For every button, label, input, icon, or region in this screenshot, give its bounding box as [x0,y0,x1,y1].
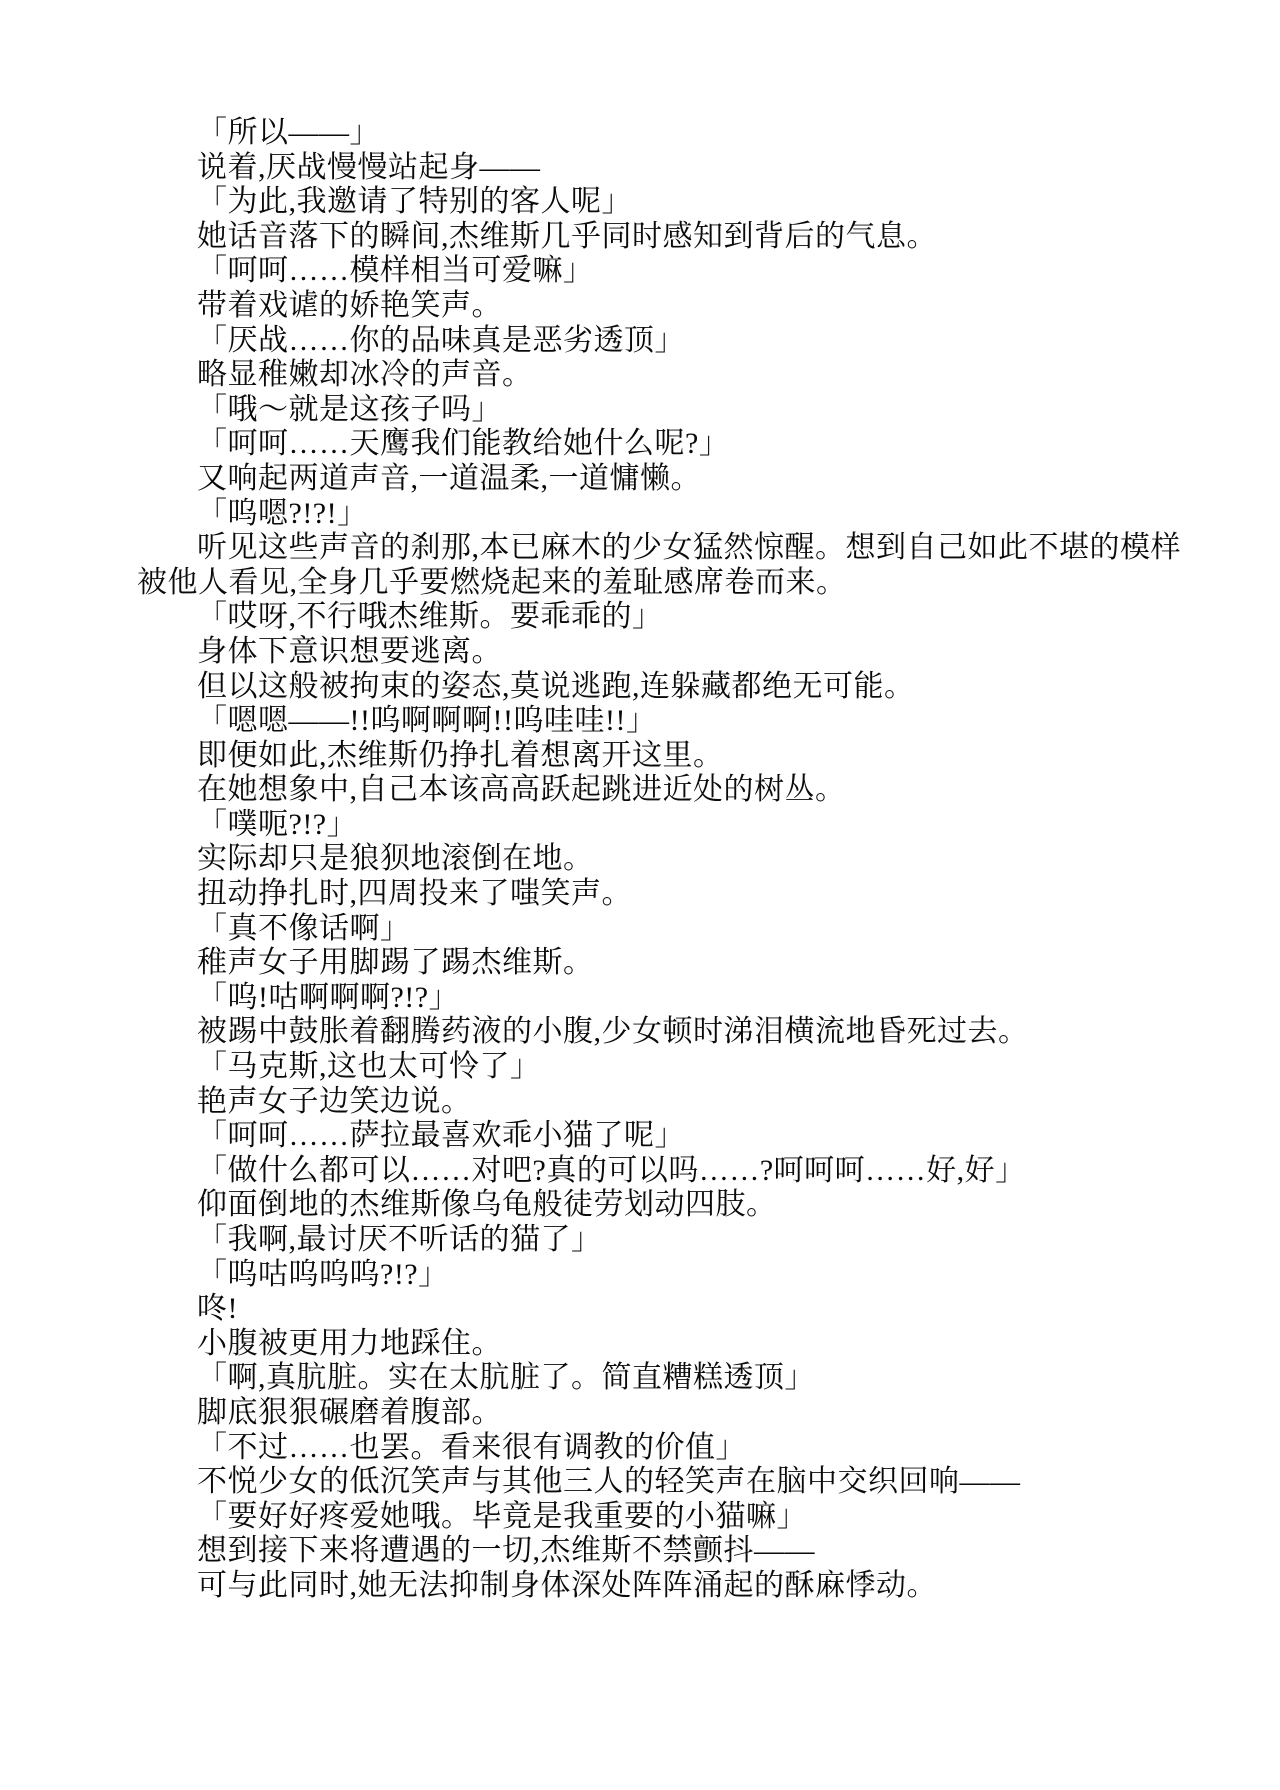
text-line-dialogue: 「呜!咕啊啊啊?!?」 [137,981,1190,1016]
text-line-narration: 听见这些声音的刹那,本已麻木的少女猛然惊醒。想到自己如此不堪的模样 [137,531,1190,566]
text-line-narration: 想到接下来将遭遇的一切,杰维斯不禁颤抖—— [137,1534,1190,1569]
text-line-narration: 仰面倒地的杰维斯像乌龟般徒劳划动四肢。 [137,1188,1190,1223]
text-line-dialogue: 「噗呃?!?」 [137,808,1190,843]
text-line-dialogue: 「不过……也罢。看来很有调教的价值」 [137,1431,1190,1466]
text-column: 「所以——」说着,厌战慢慢站起身——「为此,我邀请了特别的客人呢」她话音落下的瞬… [137,116,1190,1604]
text-line-dialogue: 「马克斯,这也太可怜了」 [137,1050,1190,1085]
text-line-narration: 可与此同时,她无法抑制身体深处阵阵涌起的酥麻悸动。 [137,1569,1190,1604]
text-line-narration: 又响起两道声音,一道温柔,一道慵懒。 [137,462,1190,497]
text-line-dialogue: 「为此,我邀请了特别的客人呢」 [137,185,1190,220]
text-line-dialogue: 「呵呵……天鹰我们能教给她什么呢?」 [137,427,1190,462]
text-line-flush: 被他人看见,全身几乎要燃烧起来的羞耻感席卷而来。 [137,566,1190,601]
text-line-dialogue: 「嗯嗯——!!呜啊啊啊!!呜哇哇!!」 [137,704,1190,739]
text-line-dialogue: 「哎呀,不行哦杰维斯。要乖乖的」 [137,600,1190,635]
text-line-narration: 不悦少女的低沉笑声与其他三人的轻笑声在脑中交织回响—— [137,1465,1190,1500]
text-line-narration: 艳声女子边笑边说。 [137,1085,1190,1120]
text-line-dialogue: 「呜嗯?!?!」 [137,497,1190,532]
text-line-dialogue: 「厌战……你的品味真是恶劣透顶」 [137,324,1190,359]
text-line-narration: 即便如此,杰维斯仍挣扎着想离开这里。 [137,739,1190,774]
text-line-dialogue: 「啊,真肮脏。实在太肮脏了。简直糟糕透顶」 [137,1361,1190,1396]
text-line-dialogue: 「要好好疼爱她哦。毕竟是我重要的小猫嘛」 [137,1500,1190,1535]
text-line-narration: 略显稚嫩却冰冷的声音。 [137,358,1190,393]
text-line-narration: 带着戏谑的娇艳笑声。 [137,289,1190,324]
text-line-narration: 在她想象中,自己本该高高跃起跳进近处的树丛。 [137,773,1190,808]
text-line-narration: 身体下意识想要逃离。 [137,635,1190,670]
text-line-dialogue: 「哦～就是这孩子吗」 [137,393,1190,428]
text-line-dialogue: 「所以——」 [137,116,1190,151]
text-line-dialogue: 「做什么都可以……对吧?真的可以吗……?呵呵呵……好,好」 [137,1154,1190,1189]
text-line-narration: 脚底狠狠碾磨着腹部。 [137,1396,1190,1431]
text-line-narration: 她话音落下的瞬间,杰维斯几乎同时感知到背后的气息。 [137,220,1190,255]
text-line-narration: 扭动挣扎时,四周投来了嗤笑声。 [137,877,1190,912]
text-line-narration: 稚声女子用脚踢了踢杰维斯。 [137,946,1190,981]
text-line-narration: 被踢中鼓胀着翻腾药液的小腹,少女顿时涕泪横流地昏死过去。 [137,1015,1190,1050]
text-line-dialogue: 「真不像话啊」 [137,912,1190,947]
text-line-narration: 小腹被更用力地踩住。 [137,1327,1190,1362]
text-line-dialogue: 「呜咕呜呜呜?!?」 [137,1258,1190,1293]
text-line-dialogue: 「呵呵……模样相当可爱嘛」 [137,254,1190,289]
text-line-narration: 实际却只是狼狈地滚倒在地。 [137,842,1190,877]
text-line-narration: 但以这般被拘束的姿态,莫说逃跑,连躲藏都绝无可能。 [137,670,1190,705]
text-line-narration: 咚! [137,1292,1190,1327]
document-page: 「所以——」说着,厌战慢慢站起身——「为此,我邀请了特别的客人呢」她话音落下的瞬… [0,0,1280,1790]
text-line-narration: 说着,厌战慢慢站起身—— [137,151,1190,186]
text-line-dialogue: 「我啊,最讨厌不听话的猫了」 [137,1223,1190,1258]
text-line-dialogue: 「呵呵……萨拉最喜欢乖小猫了呢」 [137,1119,1190,1154]
